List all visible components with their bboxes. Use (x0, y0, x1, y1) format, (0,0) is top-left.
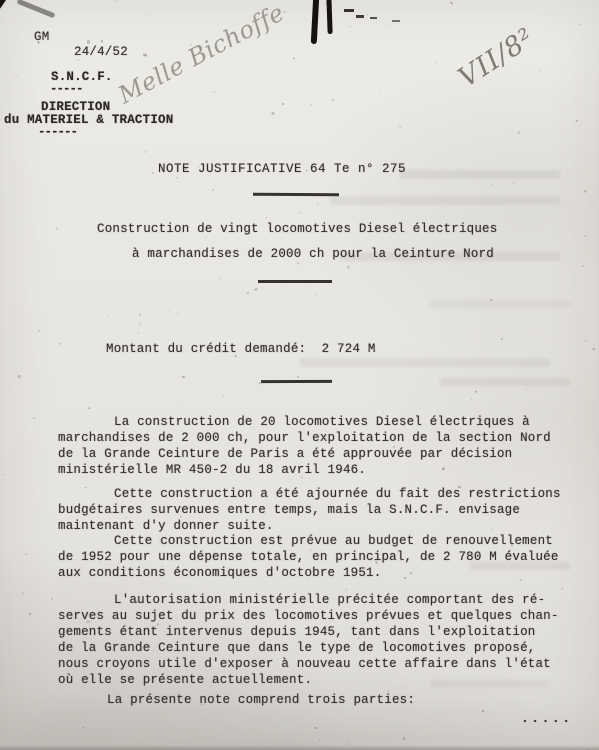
corner-ink-blot (0, 0, 7, 46)
scan-smudge (400, 170, 560, 179)
top-ink-dash (356, 15, 364, 18)
handwritten-recipient-text: Melle Bichoffe (118, 8, 289, 110)
subject-line1: Construction de vingt locomotives Diesel… (97, 221, 497, 237)
separator-rule (253, 193, 339, 197)
credit-amount-line: Montant du crédit demandé: 2 724 M (106, 341, 376, 357)
top-ink-dash (392, 20, 400, 22)
scan-smudge (330, 196, 560, 205)
body-paragraph-1: La construction de 20 locomotives Diesel… (58, 414, 563, 478)
department-line2: du MATERIEL & TRACTION (4, 112, 173, 128)
handwritten-recipient-annotation: Melle Bichoffe (118, 8, 298, 123)
document-date: 24/4/52 (74, 44, 128, 60)
scan-smudge (300, 358, 550, 367)
body-paragraph-3: Cette construction est prévue au budget … (58, 533, 563, 581)
separator-rule (258, 280, 332, 283)
document-page: GM 24/4/52 S.N.C.F. ----- DIRECTION du M… (0, 0, 599, 750)
separator-rule (261, 380, 332, 383)
handwritten-classification-annotation: VII/8² (448, 10, 593, 125)
top-ink-stroke (326, 0, 332, 34)
scan-smudge (440, 378, 570, 386)
scan-smudge (430, 300, 570, 308)
closing-line: La présente note comprend trois parties: (107, 692, 415, 708)
document-title: NOTE JUSTIFICATIVE 64 Te n° 275 (158, 161, 406, 177)
handwritten-classification-text: VII/8² (453, 22, 540, 94)
subject-line2: à marchandises de 2000 ch pour la Ceintu… (132, 246, 494, 262)
author-initials: GM (34, 29, 49, 45)
top-ink-stroke (311, 0, 320, 44)
body-paragraph-4: L'autorisation ministérielle précitée co… (58, 592, 563, 688)
top-ink-dash (344, 9, 354, 12)
top-ink-dash (370, 17, 377, 19)
body-paragraph-2: Cette construction a été ajournée du fai… (58, 486, 563, 534)
corner-ink-streak (17, 0, 56, 18)
organization-underline: ----- (50, 81, 83, 97)
department-underline: ------ (38, 124, 77, 140)
continuation-dots: ..... (521, 711, 573, 727)
